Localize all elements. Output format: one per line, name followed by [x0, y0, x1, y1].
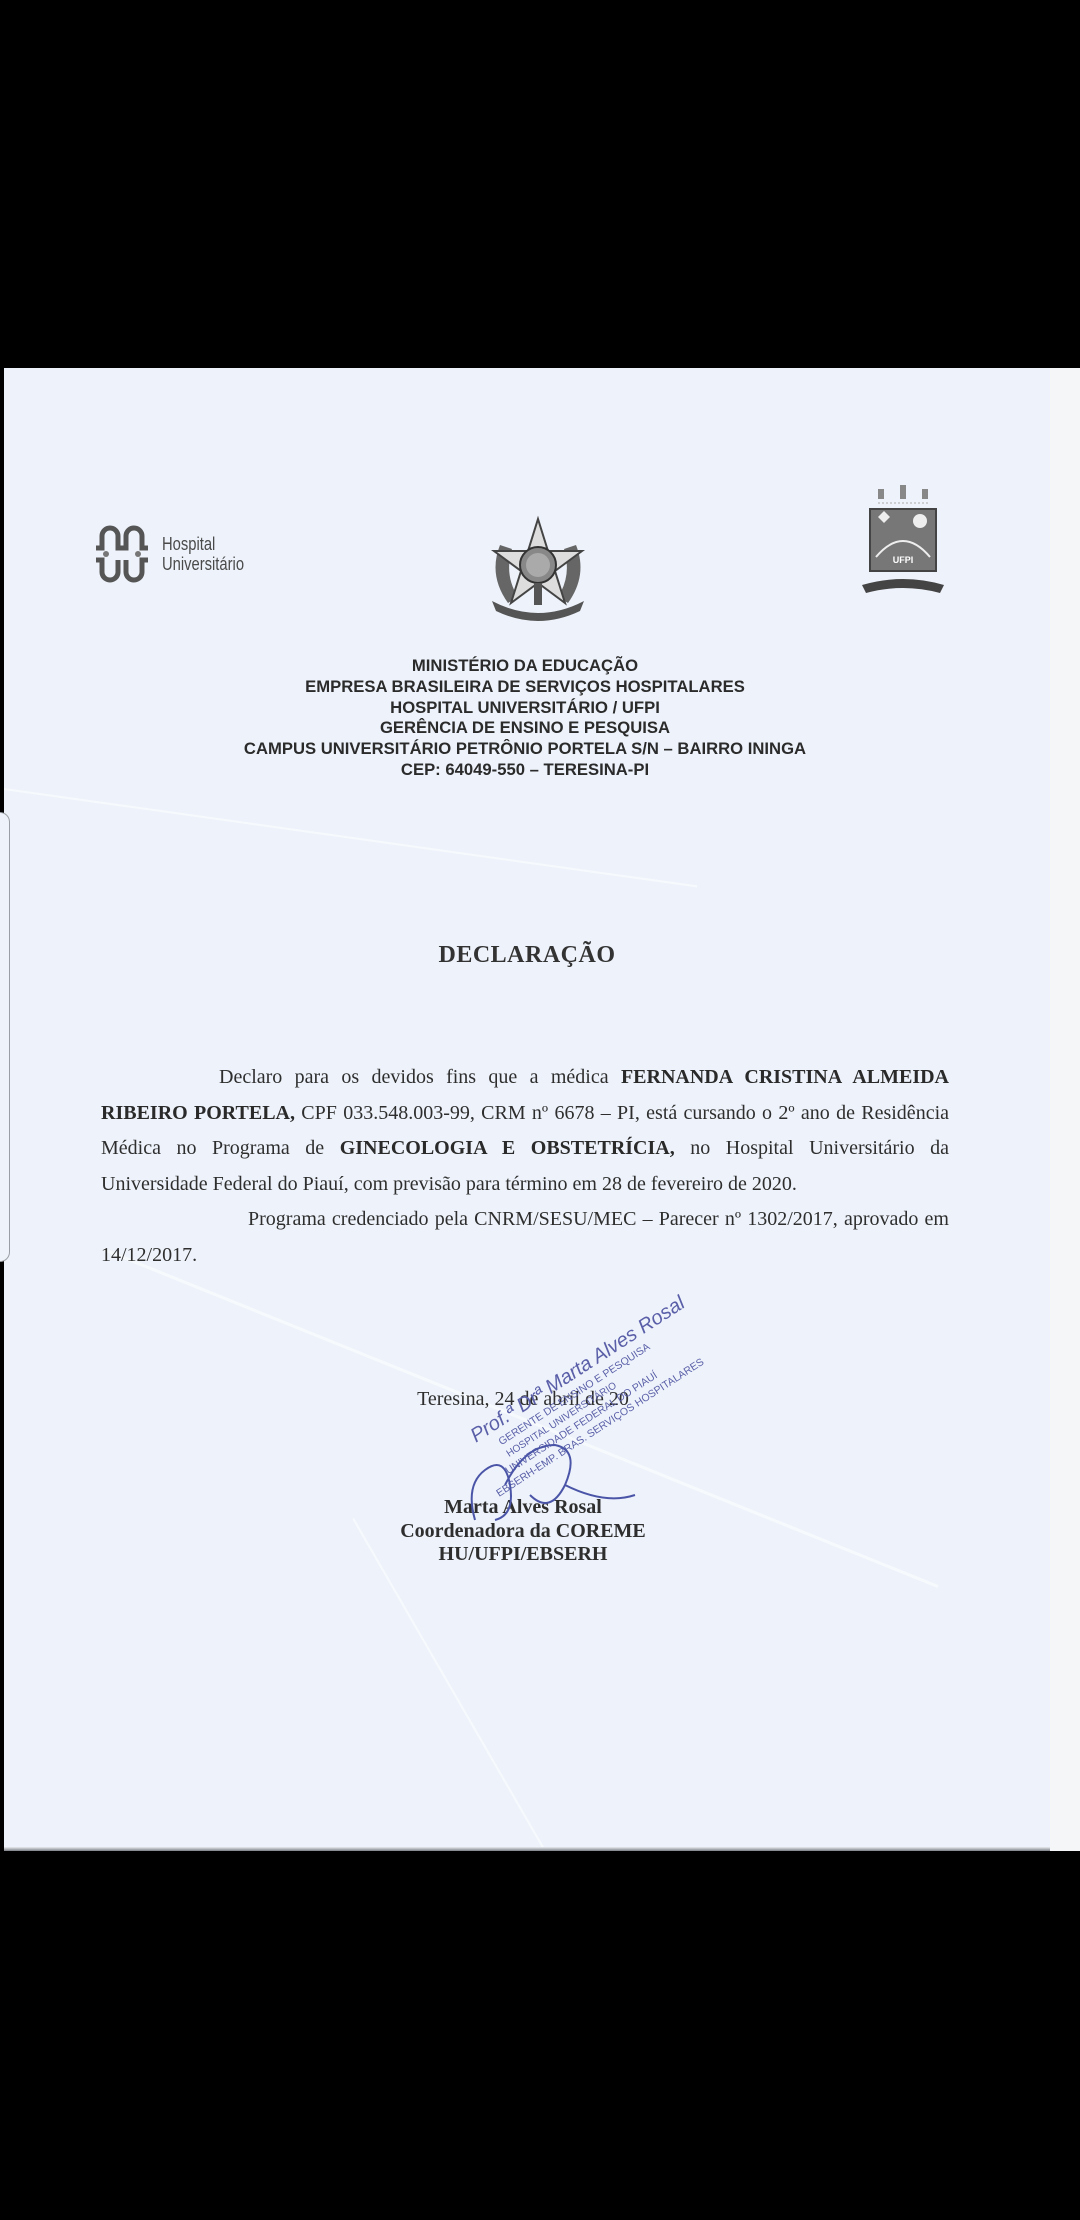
paper-crease	[352, 1518, 554, 1851]
program-name: GINECOLOGIA E OBSTETRÍCIA,	[340, 1137, 675, 1159]
header-line: GERÊNCIA DE ENSINO E PESQUISA	[11, 718, 1040, 739]
signer-org: HU/UFPI/EBSERH	[0, 1543, 1046, 1567]
brazil-coat-of-arms-icon	[478, 515, 598, 627]
header-line: MINISTÉRIO DA EDUCAÇÃO	[11, 656, 1040, 677]
official-stamp: Prof.ª Drª Marta Alves Rosal GERENTE DE …	[455, 1335, 775, 1535]
declaration-body: Declaro para os devidos fins que a médic…	[101, 1060, 949, 1274]
p1-intro: Declaro para os devidos fins que a médic…	[219, 1066, 621, 1088]
header-line: CEP: 64049-550 – TERESINA-PI	[11, 760, 1040, 781]
stamp-signature-icon: Prof.ª Drª Marta Alves Rosal GERENTE DE …	[455, 1335, 775, 1535]
hu-logo-text: Hospital Universitário	[162, 534, 244, 574]
svg-text:UFPI: UFPI	[893, 555, 914, 565]
hu-logo-line1: Hospital	[162, 534, 244, 554]
ufpi-emblem-icon: UFPI	[858, 485, 948, 600]
paper-edge-strip	[1050, 368, 1080, 1851]
header-line: CAMPUS UNIVERSITÁRIO PETRÔNIO PORTELA S/…	[11, 739, 1040, 760]
header-line: EMPRESA BRASILEIRA DE SERVIÇOS HOSPITALA…	[11, 677, 1040, 698]
paragraph-1: Declaro para os devidos fins que a médic…	[101, 1060, 949, 1202]
letterhead: MINISTÉRIO DA EDUCAÇÃO EMPRESA BRASILEIR…	[0, 656, 1050, 781]
header-line: HOSPITAL UNIVERSITÁRIO / UFPI	[11, 698, 1040, 719]
document-title: DECLARAÇÃO	[0, 942, 1054, 969]
hospital-universitario-logo: Hospital Universitário	[92, 524, 242, 586]
page-bottom-shadow	[4, 1847, 1050, 1851]
hu-logo-icon	[92, 524, 152, 584]
paper-crease	[4, 788, 697, 887]
edge-panel-handle[interactable]	[0, 812, 10, 1262]
paragraph-2: Programa credenciado pela CNRM/SESU/MEC …	[101, 1202, 949, 1273]
hu-logo-line2: Universitário	[162, 554, 244, 574]
